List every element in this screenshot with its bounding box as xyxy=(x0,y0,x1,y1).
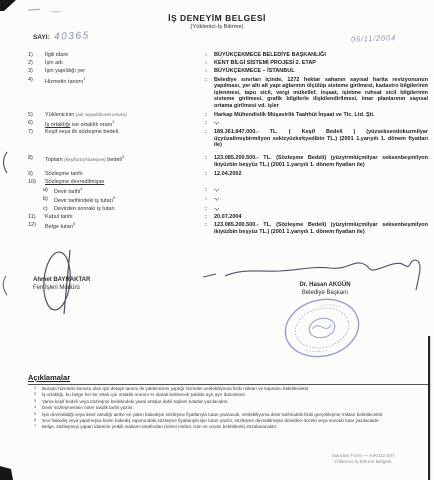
item-colon: : xyxy=(205,171,214,177)
date-handwritten: 06/11/2004 xyxy=(351,33,396,44)
item-row: b)Devir tarihindeki iş tutarı5:-,- xyxy=(28,196,428,204)
signer-left-title: Fen İşleri Müdürü xyxy=(33,284,90,292)
item-value: Belediye sınırları içinde, 1272 hektar s… xyxy=(214,77,428,110)
form-name: Yüklenici İş Bitirme Belgesi xyxy=(331,460,394,466)
item-row: 6)İş ortaklığı ise ortaklık oranı2:-,- xyxy=(28,120,428,128)
item-row: 2)İşin adı:KENT BİLGİ SİSTEMİ PROJESİ 2.… xyxy=(28,60,428,67)
item-value: -,- xyxy=(214,196,428,203)
form-footer: Standart Form — KİK032.0/H Yüklenici İş … xyxy=(331,454,394,467)
item-row: 12)Belge tutarı6:123.085.200.500.- TL. (… xyxy=(28,222,428,235)
item-row: 1)İlgili idare:BÜYÜKÇEKMECE BELEDİYE BAŞ… xyxy=(28,52,428,59)
item-colon: : xyxy=(205,155,214,161)
item-colon: : xyxy=(205,222,214,228)
footnote-row: 3Varsa keşif bedeli veya sözleşme bedeli… xyxy=(28,399,428,404)
footnote-number: 1 xyxy=(28,386,42,390)
document-title: İŞ DENEYİM BELGESİ xyxy=(0,13,434,23)
item-colon: : xyxy=(205,214,214,220)
item-number: 12) xyxy=(28,222,45,228)
item-number: c) xyxy=(43,206,54,212)
signature-block-right: Dr. Hasan AKGÜN Belediye Başkanı xyxy=(270,281,380,297)
item-value: BÜYÜKÇEKMECE BELEDİYE BAŞKANLIĞI xyxy=(214,52,428,59)
item-value: 189.361.847.000.- TL. ( Keşif Bedeli ) (… xyxy=(214,129,428,149)
footnote-text: Varsa keşif bedeli veya sözleşme bedelin… xyxy=(42,399,428,404)
footnote-text: Son hakediş veya yapılmışsa kesin hakedi… xyxy=(42,418,428,423)
item-number: 2) xyxy=(28,60,45,66)
items-list: 1)İlgili idare:BÜYÜKÇEKMECE BELEDİYE BAŞ… xyxy=(28,52,428,237)
item-colon: : xyxy=(205,77,214,83)
item-label: Devir tarihi4 xyxy=(54,187,205,195)
footnote-number: 7 xyxy=(28,424,42,428)
footnote-row: 2İş ortaklığı, bu belge her bir ortak iç… xyxy=(28,392,428,397)
item-value: -,- xyxy=(214,120,428,127)
footnote-text: Burada hizmetin konusu olan işin detaylı… xyxy=(42,386,428,391)
footnote-number: 2 xyxy=(28,392,42,396)
item-number: a) xyxy=(43,187,54,193)
item-label: Keşif veya ilk sözleşme bedeli xyxy=(45,129,205,135)
footnote-row: 5İşin devredildiği veya devir alındığı t… xyxy=(28,412,428,417)
footnote-number: 6 xyxy=(28,418,42,422)
document-subtitle: (Yüklenici-İş Bitirme) xyxy=(0,24,434,30)
serial-number-row: SAYI:40365 xyxy=(33,31,90,42)
footnote-number: 5 xyxy=(28,412,42,416)
footnote-number: 4 xyxy=(28,405,42,409)
item-value: KENT BİLGİ SİSTEMİ PROJESİ 2. ETAP xyxy=(214,60,428,67)
item-value: 123.085.200.500.- TL. (Sözleşme Bedeli) … xyxy=(214,155,428,168)
item-row: 7)Keşif veya ilk sözleşme bedeli:189.361… xyxy=(28,129,428,149)
item-colon: : xyxy=(205,120,214,126)
item-label: Sözleşme tarihi xyxy=(45,171,205,177)
footnote-row: 7Belge, sözleşmeyi yapan idarenin yetkil… xyxy=(28,424,428,429)
explanations-title: Açıklamalar xyxy=(28,373,428,382)
item-label: Devirden sonraki iş tutarı xyxy=(54,206,205,212)
footnote-text: İş ortaklığı, bu belge her bir ortak içi… xyxy=(42,392,428,397)
item-number: b) xyxy=(43,196,54,202)
item-colon: : xyxy=(205,196,214,202)
footnote-text: Belge, sözleşmeyi yapan idarenin yetkili… xyxy=(42,424,428,429)
item-label: İş ortaklığı ise ortaklık oranı2 xyxy=(45,120,205,128)
item-colon: : xyxy=(205,206,214,212)
item-number: 4) xyxy=(28,77,45,83)
item-value: BÜYÜKÇEKMECE – İSTANBUL xyxy=(214,68,428,75)
item-label: Toplam (keşif/artış/sözleşme) bedeli3 xyxy=(45,155,205,163)
footnote-row: 1Burada hizmetin konusu olan işin detayl… xyxy=(28,386,428,391)
item-label: Devir tarihindeki iş tutarı5 xyxy=(54,196,205,204)
footnote-number: 3 xyxy=(28,399,42,403)
signer-right-title: Belediye Başkanı xyxy=(270,289,380,297)
document-header: İŞ DENEYİM BELGESİ (Yüklenici-İş Bitirme… xyxy=(0,13,434,30)
signer-left-name: Ahmet BAYRAKTAR xyxy=(33,276,90,284)
footnote-row: 6Son hakediş veya yapılmışsa kesin haked… xyxy=(28,418,428,423)
item-row: c)Devirden sonraki iş tutarı:-,- xyxy=(28,206,428,213)
item-label: Hizmetin tanımı1 xyxy=(45,77,205,85)
serial-number-handwritten: 40365 xyxy=(54,30,90,42)
scanned-document-page: İŞ DENEYİM BELGESİ (Yüklenici-İş Bitirme… xyxy=(0,0,434,480)
item-number: 11) xyxy=(28,214,45,220)
item-number: 5) xyxy=(28,112,45,118)
item-label: Yüklenicinin (adı soyadı/ticaret unvanı) xyxy=(45,112,205,118)
item-colon: : xyxy=(205,112,214,118)
item-number: 3) xyxy=(28,68,45,74)
item-row: 3)İşin yapıldığı yer:BÜYÜKÇEKMECE – İSTA… xyxy=(28,68,428,75)
item-row: a)Devir tarihi4:-,- xyxy=(28,187,428,195)
official-stamp xyxy=(279,292,364,364)
item-label: Belge tutarı6 xyxy=(45,222,205,230)
item-number: 9) xyxy=(28,171,45,177)
item-colon: : xyxy=(205,52,214,58)
item-number: 7) xyxy=(28,129,45,135)
footnote-text: Devir sözleşmesinin noter tasdik tarihi … xyxy=(42,405,428,410)
item-value: 123.085.200.500.- TL. (Sözleşme Bedeli) … xyxy=(214,222,428,235)
item-label: Sözleşme devredilmişse xyxy=(45,179,205,185)
item-label: İlgili idare xyxy=(45,52,205,58)
signer-right-name: Dr. Hasan AKGÜN xyxy=(270,281,380,289)
explanations-section: Açıklamalar 1Burada hizmetin konusu olan… xyxy=(28,373,428,431)
item-number: 8) xyxy=(28,155,45,161)
item-row: 9)Sözleşme tarihi:12.04.2002 xyxy=(28,171,428,178)
item-number: 6) xyxy=(28,120,45,126)
signature-block-left: Ahmet BAYRAKTAR Fen İşleri Müdürü xyxy=(33,276,90,292)
item-label: İşin yapıldığı yer xyxy=(45,68,205,74)
item-row: 8)Toplam (keşif/artış/sözleşme) bedeli3:… xyxy=(28,155,428,168)
item-row: 10)Sözleşme devredilmişse xyxy=(28,179,428,185)
item-value: -,- xyxy=(214,206,428,213)
footnotes-list: 1Burada hizmetin konusu olan işin detayl… xyxy=(28,384,428,430)
item-number: 1) xyxy=(28,52,45,58)
footnote-row: 4Devir sözleşmesinin noter tasdik tarihi… xyxy=(28,405,428,410)
item-label: İşin adı xyxy=(45,60,205,66)
item-colon: : xyxy=(205,129,214,135)
item-value: 20.07.2004 xyxy=(214,214,428,221)
item-colon: : xyxy=(205,60,214,66)
item-value: -,- xyxy=(214,187,428,194)
item-number: 10) xyxy=(28,179,45,185)
footnote-text: İşin devredildiği veya devir alındığı ta… xyxy=(42,412,428,417)
serial-number-label: SAYI: xyxy=(33,34,50,41)
item-colon: : xyxy=(205,68,214,74)
item-label: Kabul tarihi xyxy=(45,214,205,220)
item-row: 11)Kabul tarihi:20.07.2004 xyxy=(28,214,428,221)
item-value: 12.04.2002 xyxy=(214,171,428,178)
item-value: Harkap Mühendislik Müşavirlik Taahhüt İn… xyxy=(214,112,428,119)
item-colon: : xyxy=(205,187,214,193)
item-row: 5)Yüklenicinin (adı soyadı/ticaret unvan… xyxy=(28,112,428,119)
item-row: 4)Hizmetin tanımı1:Belediye sınırları iç… xyxy=(28,77,428,110)
